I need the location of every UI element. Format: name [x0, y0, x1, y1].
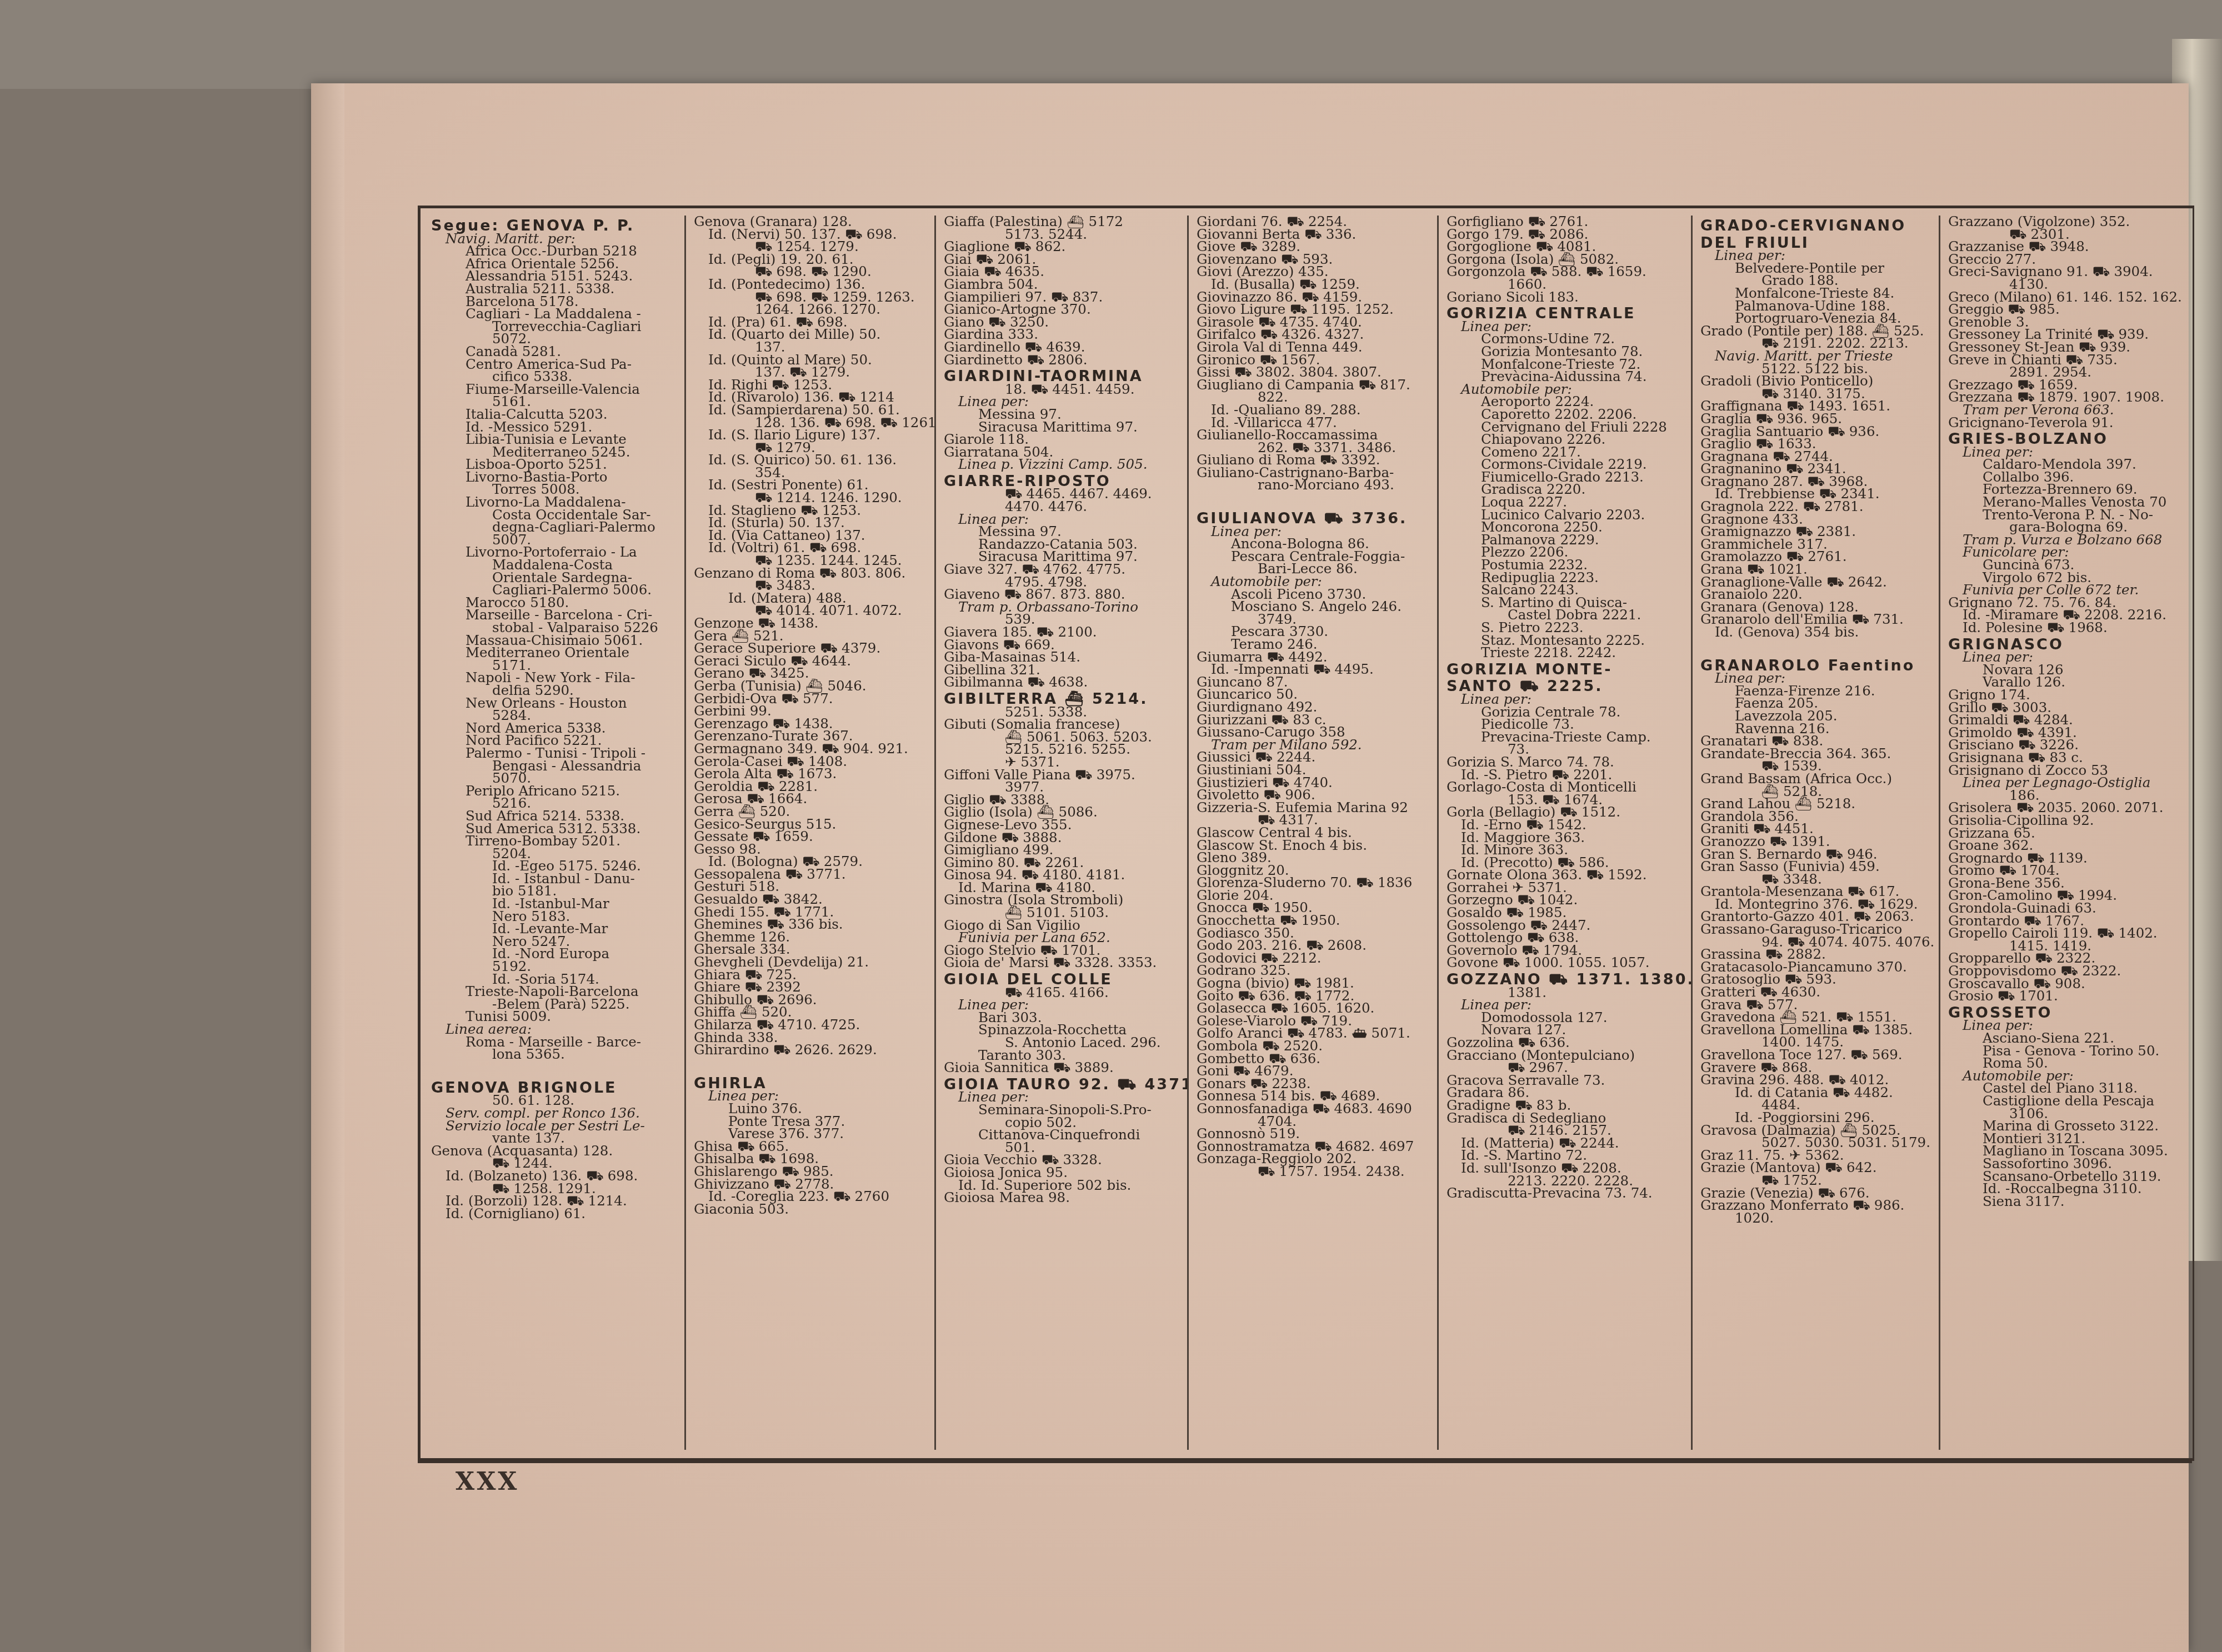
index-entry: Gricignano-Teverola 91.	[1948, 417, 2183, 429]
index-entry: Siena 3117.	[1948, 1195, 2183, 1208]
index-entry: Govone ⛟ 1000. 1055. 1057.	[1447, 957, 1685, 969]
index-entry: Goriano Sicoli 183.	[1447, 291, 1685, 304]
index-entry: Torrevecchia-Cagliari	[431, 321, 679, 333]
page-frame-bottom-rule	[418, 1460, 2192, 1463]
index-entry: Id. di Catania ⛟ 4482.	[1700, 1087, 1933, 1099]
index-entry: Id. Polesine ⛟ 1968.	[1948, 622, 2183, 634]
index-column-3: Giaffa (Palestina) ⛴ 51725173. 5244.Giag…	[934, 216, 1187, 1450]
index-column-4: Giordani 76. ⛟ 2254.Giovanni Berta ⛟ 336…	[1187, 216, 1437, 1450]
index-entry: Genova (Acquasanta) 128.	[431, 1145, 679, 1158]
index-entry: 1020.	[1700, 1212, 1933, 1225]
index-entry: Ghirardino ⛟ 2626. 2629.	[694, 1044, 929, 1057]
index-entry: New Orleans - Houston	[431, 697, 679, 710]
index-entry: Linea per Legnago-Ostiglia	[1948, 777, 2183, 789]
index-entry: lona 5365.	[431, 1048, 679, 1061]
index-entry: Castiglione della Pescaja	[1948, 1095, 2183, 1108]
index-column-6: GRADO-CERVIGNANODEL FRIULILinea per:Belv…	[1691, 216, 1939, 1450]
index-entry: Giardinetto ⛟ 2806.	[944, 354, 1182, 367]
index-entry: ⛟ 1757. 1954. 2438.	[1197, 1165, 1432, 1178]
index-entry: Gioiosa Marea 98.	[944, 1192, 1182, 1204]
index-entry: Gonnosfanadiga ⛟ 4683. 4690	[1197, 1103, 1432, 1115]
index-column-5: Gorfigliano ⛟ 2761.Gorgo 179. ⛟ 2086.Gor…	[1437, 216, 1691, 1450]
index-column-7: Grazzano (Vigolzone) 352.⛟ 2301.Grazzani…	[1939, 216, 2189, 1450]
spacer	[1197, 492, 1432, 508]
index-entry: Giaconia 503.	[694, 1203, 929, 1216]
index-entry: Grosio ⛟ 1701.	[1948, 990, 2183, 1003]
index-entry: Gibilmanna ⛟ 4638.	[944, 676, 1182, 689]
index-column-2: Genova (Granara) 128.Id. (Nervi) 50. 137…	[684, 216, 934, 1450]
spacer	[1700, 639, 1933, 655]
index-entry: Id. (S. Quirico) 50. 61. 136.	[694, 454, 929, 467]
index-entry: Fiume-Marseille-Valencia	[431, 383, 679, 396]
index-entry: Id. -Nord Europa	[431, 948, 679, 960]
index-entry: Giffoni Valle Piana ⛟ 3975.	[944, 769, 1182, 782]
index-entry: Gioia Sannitica ⛟ 3889.	[944, 1062, 1182, 1074]
index-entry: Trieste 2218. 2242.	[1447, 647, 1685, 659]
index-entry: 5215. 5216. 5255.	[944, 743, 1182, 756]
index-entry: Cittanova-Cinquefrondi	[944, 1129, 1182, 1142]
index-entry: Gioia de' Marsi ⛟ 3328. 3353.	[944, 957, 1182, 969]
index-entry: Tram p. Orbassano-Torino	[944, 601, 1182, 614]
station-heading: GORIZIA MONTE-	[1447, 664, 1685, 677]
spacer	[431, 1061, 679, 1078]
index-entry: Id. (Genova) 354 bis.	[1700, 626, 1933, 639]
spacer	[694, 1057, 929, 1073]
index-column-1: Segue: GENOVA P. P.Navig. Maritt. per:Af…	[423, 216, 684, 1450]
page-number: XXX	[456, 1468, 519, 1496]
index-entry: Greci-Savignano 91. ⛟ 3904.	[1948, 266, 2183, 278]
index-entry: rano-Morciano 493.	[1197, 479, 1432, 492]
station-heading: GOZZANO ⛟ 1371. 1380.	[1447, 974, 1685, 987]
station-heading: GRADO-CERVIGNANO	[1700, 220, 1933, 233]
page-fold-shadow	[311, 83, 344, 1652]
index-entry: Periplo Africano 5215.	[431, 785, 679, 798]
index-entry: Gradiscutta-Prevacina 73. 74.	[1447, 1187, 1685, 1200]
index-entry: Mediterraneo Orientale	[431, 647, 679, 659]
index-entry: degna-Cagliari-Palermo	[431, 521, 679, 534]
scan-background	[0, 0, 2222, 89]
index-entry: Linea p. Vizzini Camp. 505.	[944, 458, 1182, 471]
index-entry: Prevacina-Trieste Camp.	[1447, 731, 1685, 744]
index-entry: Gorgonzola ⛟ 588. ⛟ 1659.	[1447, 266, 1685, 278]
index-entry: Id. (Cornigliano) 61.	[431, 1208, 679, 1220]
index-entry: Tirreno-Bombay 5201.	[431, 835, 679, 848]
index-entry: Id. (Quarto dei Mille) 50.	[694, 328, 929, 341]
index-entry: Giugliano di Campania ⛟ 817.	[1197, 379, 1432, 392]
index-entry: Bengasi - Alessandria	[431, 760, 679, 773]
index-entry: Mosciano S. Angelo 246.	[1197, 600, 1432, 613]
